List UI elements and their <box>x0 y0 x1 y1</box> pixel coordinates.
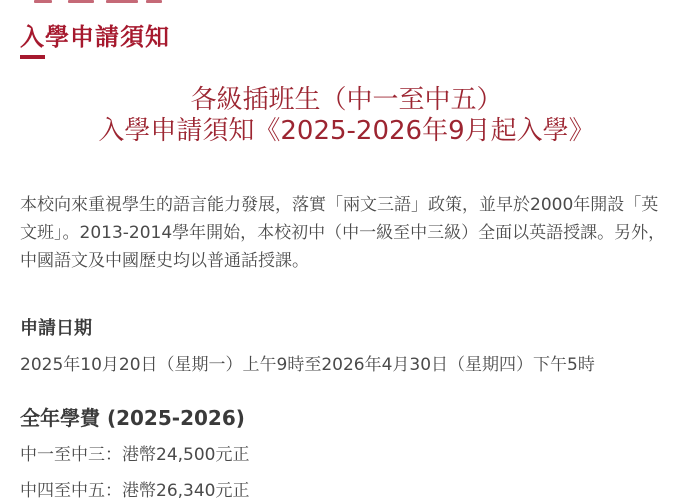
page-title: 入學申請須知 <box>20 22 673 52</box>
cutoff-text-fragment <box>68 0 94 3</box>
application-period-text: 2025年10月20日（星期一）上午9時至2026年4月30日（星期四）下午5時 <box>20 353 673 377</box>
title-underline <box>20 55 45 59</box>
admission-notice-page: 入學申請須知 各級插班生（中一至中五） 入學申請須知《2025-2026年9月起… <box>0 0 693 500</box>
tuition-item-senior: 中四至中五：港幣26,340元正 <box>20 479 673 500</box>
cutoff-text-fragment <box>146 0 162 3</box>
notice-heading: 各級插班生（中一至中五） 入學申請須知《2025-2026年9月起入學》 <box>20 85 673 147</box>
notice-heading-line2: 入學申請須知《2025-2026年9月起入學》 <box>20 116 673 147</box>
notice-heading-line1: 各級插班生（中一至中五） <box>20 85 673 116</box>
cutoff-text-fragment <box>34 0 52 3</box>
cutoff-text-fragments <box>20 0 673 4</box>
cutoff-text-fragment <box>106 0 138 3</box>
tuition-heading: 全年學費 (2025-2026) <box>20 405 673 431</box>
intro-paragraph: 本校向來重視學生的語言能力發展，落實「兩文三語」政策，並早於2000年開設「英文… <box>20 191 673 275</box>
application-period-heading: 申請日期 <box>20 317 673 341</box>
tuition-item-junior: 中一至中三：港幣24,500元正 <box>20 443 673 467</box>
